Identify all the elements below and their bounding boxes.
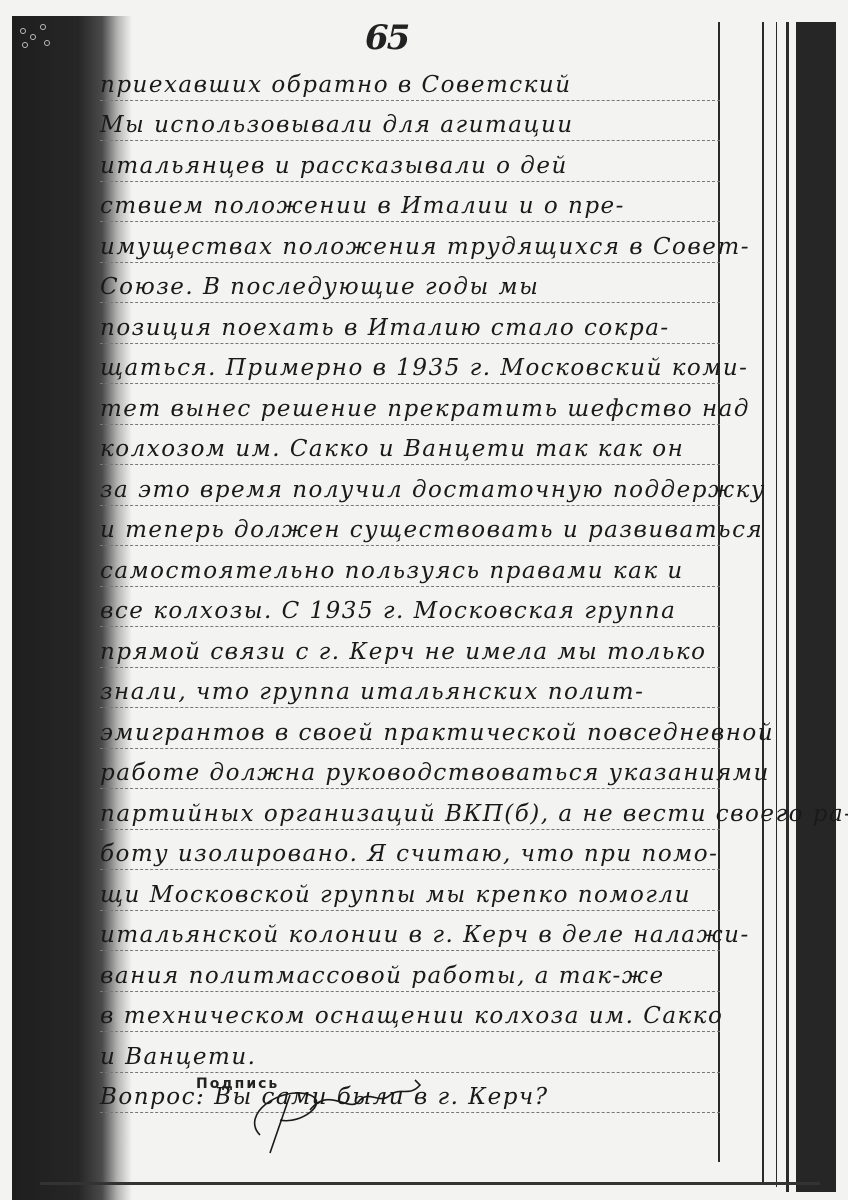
text-line-content: колхозом им. Сакко и Ванцети так как он <box>100 436 684 462</box>
text-line: работе должна руководствоваться указания… <box>100 749 720 790</box>
text-line: имуществах положения трудящихся в Совет- <box>100 222 720 263</box>
text-line: эмигрантов в своей практической повседне… <box>100 708 720 749</box>
text-line-content: и Ванцети. <box>100 1044 256 1070</box>
text-line-content: щаться. Примерно в 1935 г. Московский ко… <box>100 355 748 381</box>
text-line: щаться. Примерно в 1935 г. Московский ко… <box>100 344 720 385</box>
text-line: ствием положении в Италии и о пре- <box>100 182 720 223</box>
handwritten-text: приехавших обратно в СоветскийМы использ… <box>100 60 720 1113</box>
text-line: позиция поехать в Италию стало сокра- <box>100 303 720 344</box>
text-line-content: позиция поехать в Италию стало сокра- <box>100 315 670 341</box>
text-line: и теперь должен существовать и развивать… <box>100 506 720 547</box>
page-number: 65 <box>365 18 408 58</box>
page-edge-line <box>776 22 777 1187</box>
text-line-content: работе должна руководствоваться указания… <box>100 760 770 786</box>
text-line: самостоятельно пользуясь правами как и <box>100 546 720 587</box>
text-line-content: итальянцев и рассказывали о дей <box>100 153 568 179</box>
text-line-content: боту изолировано. Я считаю, что при помо… <box>100 841 718 867</box>
page-edge-line <box>762 22 764 1182</box>
text-line: в техническом оснащении колхоза им. Сакк… <box>100 992 720 1033</box>
text-line-content: Союзе. В последующие годы мы <box>100 274 539 300</box>
page-edge-line <box>786 22 789 1192</box>
text-line: вания политмассовой работы, а так-же <box>100 951 720 992</box>
text-line-content: итальянской колонии в г. Керч в деле нал… <box>100 922 750 948</box>
text-line-content: все колхозы. С 1935 г. Московская группа <box>100 598 676 624</box>
text-line: за это время получил достаточную поддерж… <box>100 465 720 506</box>
text-line: Союзе. В последующие годы мы <box>100 263 720 304</box>
text-line-content: и теперь должен существовать и развивать… <box>100 517 763 543</box>
text-line-content: эмигрантов в своей практической повседне… <box>100 720 774 746</box>
text-line-content: вания политмассовой работы, а так-же <box>100 963 665 989</box>
binding-shadow-right <box>796 22 836 1192</box>
text-line-content: в техническом оснащении колхоза им. Сакк… <box>100 1003 723 1029</box>
text-line-content: тет вынес решение прекратить шефство над <box>100 396 750 422</box>
text-line-content: Мы использовывали для агитации <box>100 112 574 138</box>
text-line: прямой связи с г. Керч не имела мы тольк… <box>100 627 720 668</box>
text-line: щи Московской группы мы крепко помогли <box>100 870 720 911</box>
text-line: все колхозы. С 1935 г. Московская группа <box>100 587 720 628</box>
text-line: партийных организаций ВКП(б), а не вести… <box>100 789 720 830</box>
text-line: итальянской колонии в г. Керч в деле нал… <box>100 911 720 952</box>
text-line-content: приехавших обратно в Советский <box>100 72 572 98</box>
text-line-content: за это время получил достаточную поддерж… <box>100 477 766 503</box>
text-line-content: прямой связи с г. Керч не имела мы тольк… <box>100 639 706 665</box>
scanned-page: 65 приехавших обратно в СоветскийМы испо… <box>0 0 848 1200</box>
punch-marks <box>18 24 58 54</box>
text-line-content: партийных организаций ВКП(б), а не вести… <box>100 801 848 827</box>
text-line: и Ванцети. <box>100 1032 720 1073</box>
text-line-content: щи Московской группы мы крепко помогли <box>100 882 691 908</box>
text-line: Мы использовывали для агитации <box>100 101 720 142</box>
text-line: итальянцев и рассказывали о дей <box>100 141 720 182</box>
text-line: тет вынес решение прекратить шефство над <box>100 384 720 425</box>
text-line: приехавших обратно в Советский <box>100 60 720 101</box>
text-line-content: имуществах положения трудящихся в Совет- <box>100 234 750 260</box>
text-line-content: самостоятельно пользуясь правами как и <box>100 558 684 584</box>
text-line-content: знали, что группа итальянских полит- <box>100 679 644 705</box>
page-bottom-edge <box>40 1182 820 1185</box>
text-line: боту изолировано. Я считаю, что при помо… <box>100 830 720 871</box>
text-line-content: ствием положении в Италии и о пре- <box>100 193 625 219</box>
text-line: знали, что группа итальянских полит- <box>100 668 720 709</box>
text-line: колхозом им. Сакко и Ванцети так как он <box>100 425 720 466</box>
signature-mark <box>240 1075 440 1155</box>
